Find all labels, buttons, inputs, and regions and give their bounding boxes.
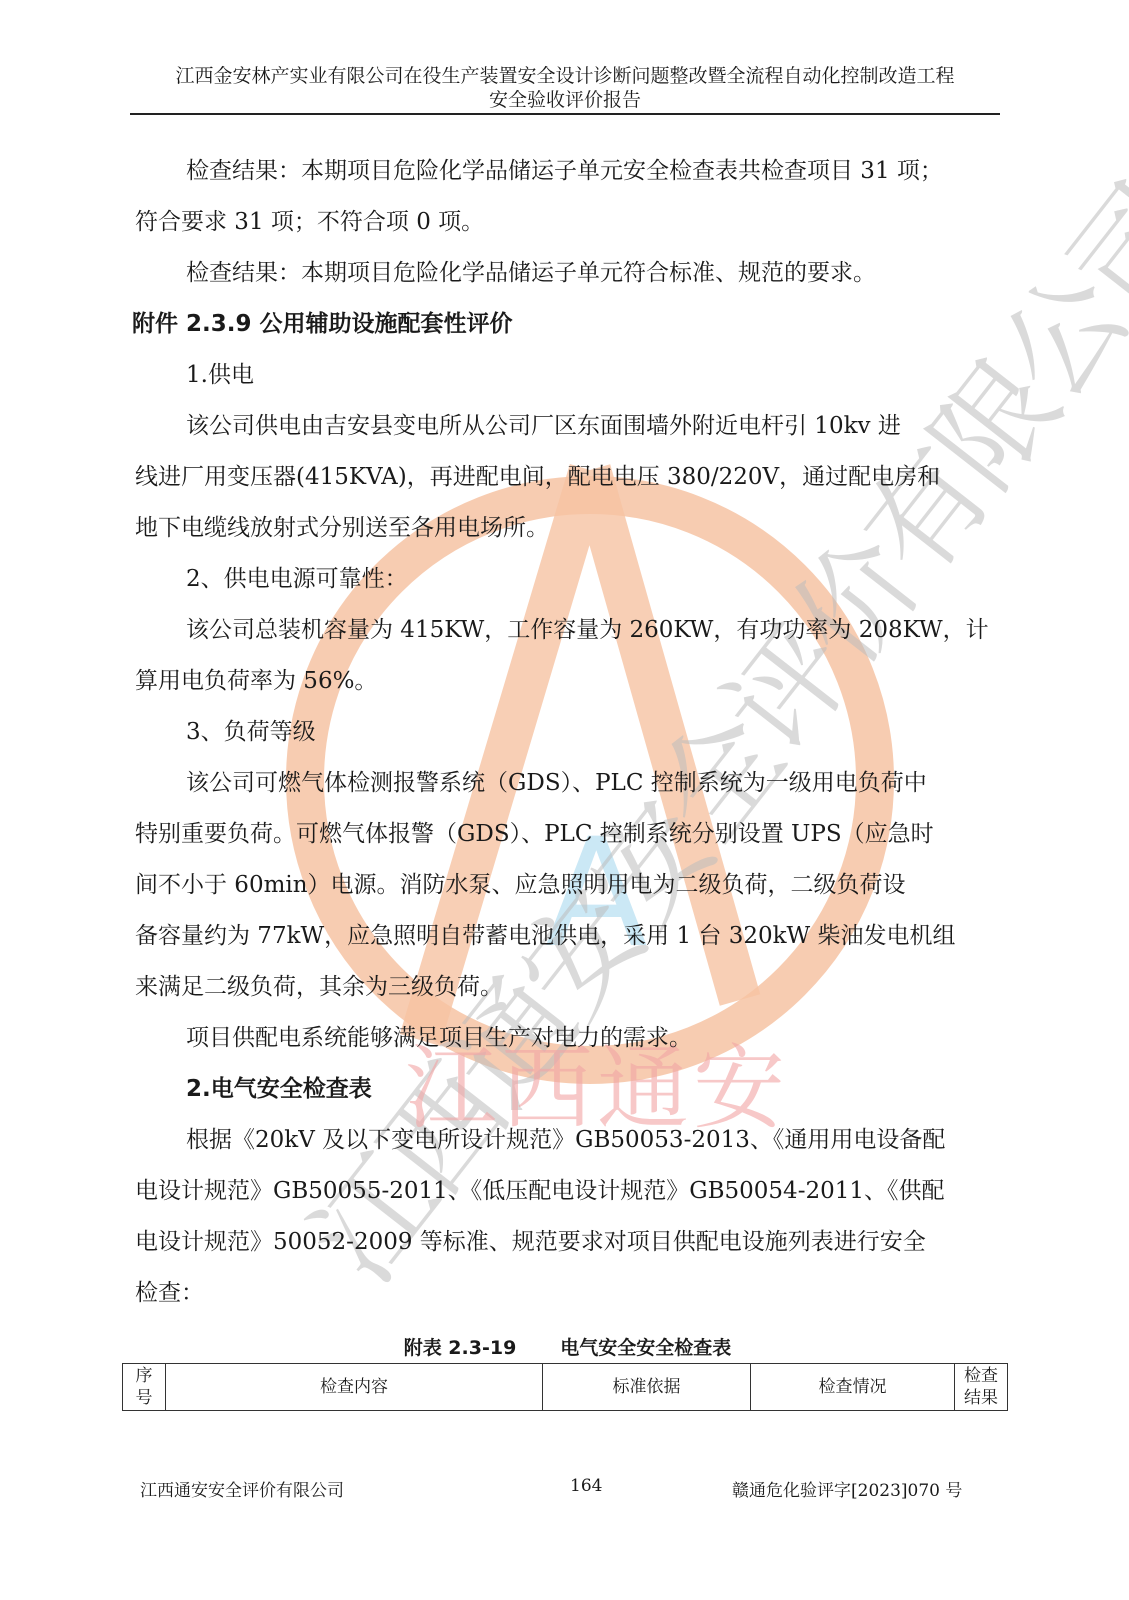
header-cell-status: 检查情况 (751, 1364, 955, 1411)
basis-text-line4: 检查： (135, 1268, 1000, 1319)
subsection-reliability: 2、供电电源可靠性： (135, 554, 1000, 605)
power-supply-text-line1: 该公司供电由吉安县变电所从公司厂区东面围墙外附近电杆引 10kv 进 (135, 401, 1000, 452)
load-level-text-line5: 来满足二级负荷，其余为三级负荷。 (135, 962, 1000, 1013)
reliability-text-line1: 该公司总装机容量为 415KW，工作容量为 260KW，有功功率为 208KW，… (135, 605, 1000, 656)
basis-text-line3: 电设计规范》50052-2009 等标准、规范要求对项目供配电设施列表进行安全 (135, 1217, 1000, 1268)
power-supply-text-line2: 线进厂用变压器(415KVA)，再进配电间，配电电压 380/220V，通过配电… (135, 452, 1000, 503)
document-body: 检查结果：本期项目危险化学品储运子单元安全检查表共检查项目 31 项； 符合要求… (135, 146, 1000, 1360)
header-divider (130, 113, 1000, 115)
header-cell-content: 检查内容 (165, 1364, 542, 1411)
power-supply-text-line3: 地下电缆线放射式分别送至各用电场所。 (135, 503, 1000, 554)
subsection-load-level: 3、负荷等级 (135, 707, 1000, 758)
table-caption: 附表 2.3-19电气安全安全检查表 (135, 1333, 1000, 1360)
footer-company: 江西通安安全评价有限公司 (140, 1476, 344, 1501)
header-title-line2: 安全验收评价报告 (130, 88, 1000, 112)
load-level-text-line3: 间不小于 60min）电源。消防水泵、应急照明用电为二级负荷，二级负荷设 (135, 860, 1000, 911)
basis-text-line2: 电设计规范》GB50055-2011、《低压配电设计规范》GB50054-201… (135, 1166, 1000, 1217)
header-cell-result: 检查结果 (955, 1364, 1008, 1411)
load-level-text-line2: 特别重要负荷。可燃气体报警（GDS）、PLC 控制系统分别设置 UPS（应急时 (135, 809, 1000, 860)
power-conclusion: 项目供配电系统能够满足项目生产对电力的需求。 (135, 1013, 1000, 1064)
page-header: 江西金安林产实业有限公司在役生产装置安全设计诊断问题整改暨全流程自动化控制改造工… (130, 64, 1000, 112)
table-caption-title: 电气安全安全检查表 (560, 1337, 731, 1359)
load-level-text-line4: 备容量约为 77kW，应急照明自带蓄电池供电，采用 1 台 320kW 柴油发电… (135, 911, 1000, 962)
table-header-row: 序号 检查内容 标准依据 检查情况 检查结果 (123, 1364, 1008, 1411)
footer-doc-number: 赣通危化验评字[2023]070 号 (732, 1476, 962, 1501)
result-conclusion: 检查结果：本期项目危险化学品储运子单元符合标准、规范的要求。 (135, 248, 1000, 299)
header-title-line1: 江西金安林产实业有限公司在役生产装置安全设计诊断问题整改暨全流程自动化控制改造工… (130, 64, 1000, 88)
header-cell-seq: 序号 (123, 1364, 166, 1411)
reliability-text-line2: 算用电负荷率为 56%。 (135, 656, 1000, 707)
subsection-power-supply: 1.供电 (135, 350, 1000, 401)
result-paragraph-line1: 检查结果：本期项目危险化学品储运子单元安全检查表共检查项目 31 项； (135, 146, 1000, 197)
electrical-safety-check-table: 序号 检查内容 标准依据 检查情况 检查结果 (122, 1363, 1008, 1411)
header-cell-basis: 标准依据 (543, 1364, 751, 1411)
footer-page-number: 164 (570, 1476, 602, 1496)
basis-text-line1: 根据《20kV 及以下变电所设计规范》GB50053-2013、《通用用电设备配 (135, 1115, 1000, 1166)
table-caption-number: 附表 2.3-19 (404, 1337, 517, 1359)
sub-heading-electrical-check: 2.电气安全检查表 (135, 1064, 1000, 1115)
load-level-text-line1: 该公司可燃气体检测报警系统（GDS）、PLC 控制系统为一级用电负荷中 (135, 758, 1000, 809)
result-paragraph-line2: 符合要求 31 项；不符合项 0 项。 (135, 197, 1000, 248)
section-heading: 附件 2.3.9 公用辅助设施配套性评价 (132, 299, 1000, 350)
